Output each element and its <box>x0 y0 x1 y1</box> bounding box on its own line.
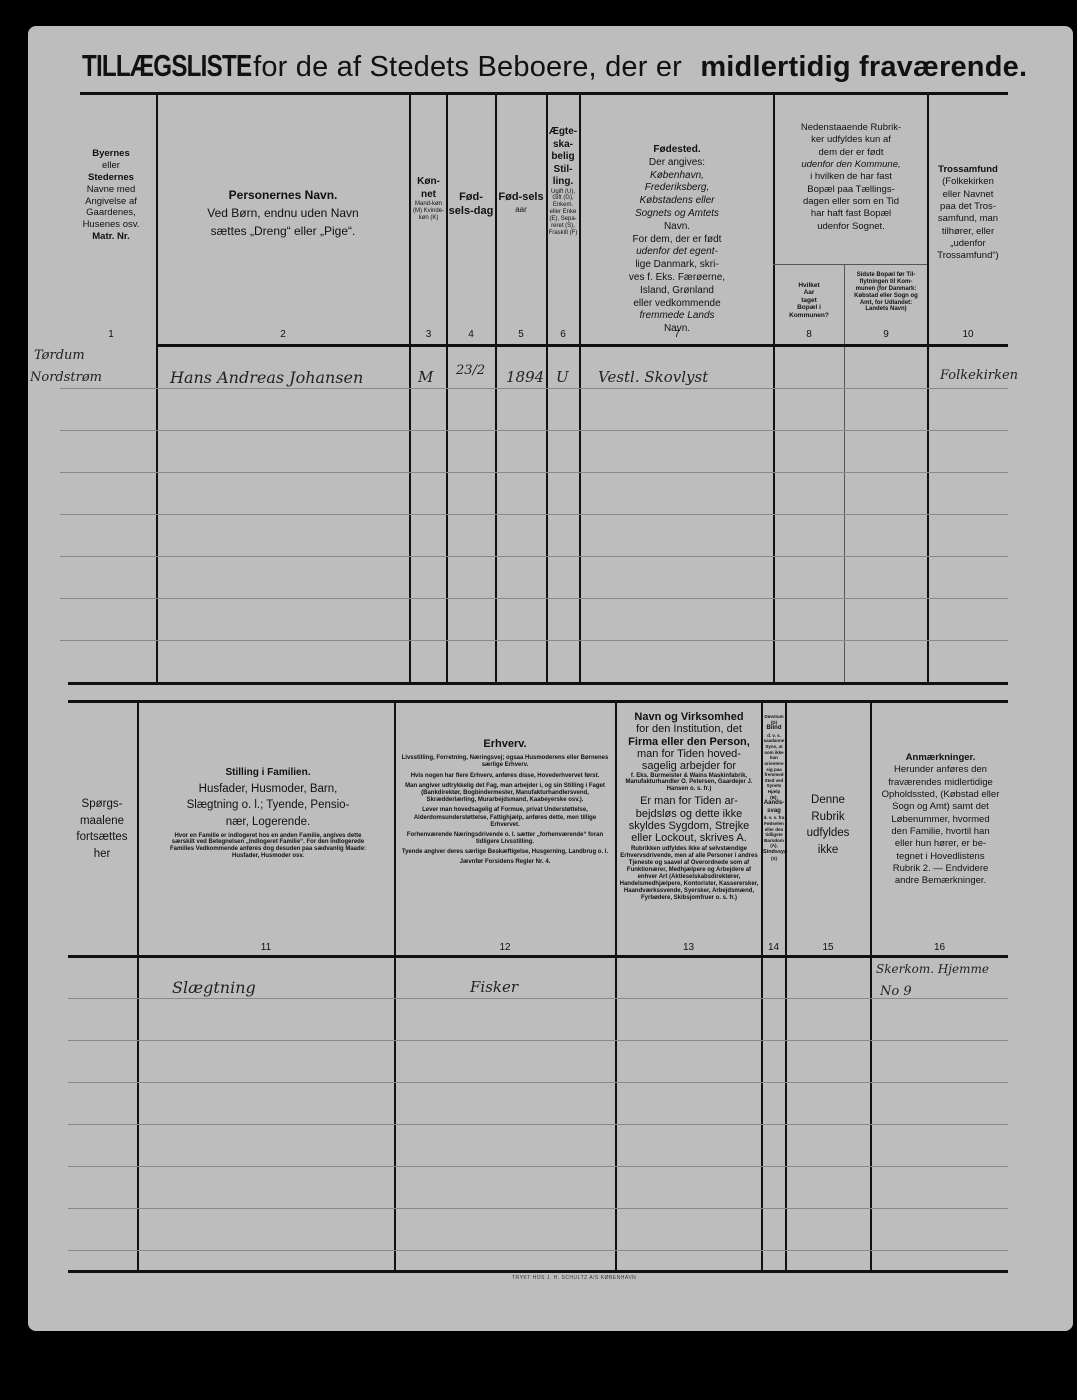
side-label-line: her <box>68 846 136 863</box>
col-number: 9 <box>846 329 926 340</box>
col-number: 8 <box>776 329 842 340</box>
col12-header: Erhverv. Livsstilling, Forretning, Nærin… <box>400 738 610 867</box>
row-line <box>68 1082 1008 1083</box>
col8-line: taget <box>776 297 842 304</box>
group-line: har haft fast Bopæl <box>776 208 926 220</box>
col7-line: Købstadens eller <box>584 195 770 208</box>
divider <box>156 94 158 684</box>
col11-line: nær, Logerende. <box>148 814 388 831</box>
col9-line: Købstad eller Sogn og <box>846 293 926 300</box>
col-number: 1 <box>68 329 154 340</box>
col1-line: Byernes <box>68 148 154 160</box>
col-number: 6 <box>548 329 578 340</box>
divider <box>446 94 448 684</box>
col7-line: For dem, der er født <box>584 234 770 247</box>
col12-heading: Erhverv. <box>400 738 610 751</box>
row-line <box>68 1166 1008 1167</box>
row-line <box>60 472 1008 473</box>
col13-line: eller Lockout, skrives A. <box>618 832 760 844</box>
col16-line: Herunder anføres den <box>873 764 1008 776</box>
col13-line: bejdsløs og dette ikke <box>618 808 760 820</box>
entry-marital-status: U <box>556 368 569 386</box>
col14-line: Blind <box>763 725 785 733</box>
entry-sex: M <box>418 368 433 386</box>
divider <box>409 94 411 684</box>
side-label-line: Spørgs- <box>68 796 136 813</box>
col11-note: Hvor en Familie er indlogeret hos en and… <box>148 831 388 861</box>
form-title: TILLÆGSLISTEfor de af Stedets Beboere, d… <box>82 48 1042 88</box>
entry-place-line2: Nordstrøm <box>30 370 102 385</box>
form-title-main: TILLÆGSLISTE <box>82 48 251 84</box>
col9-header: Sidste Bopæl før Til- flytningen til Kom… <box>846 272 926 313</box>
col10-line: „udenfor <box>929 238 1007 250</box>
col10-line: eller Navnet <box>929 189 1007 201</box>
col10-line: samfund, man <box>929 213 1007 225</box>
col14-line: (S) <box>763 856 785 862</box>
col6-heading: Ægte-ska-belig Stil-ling. <box>548 126 578 189</box>
col7-line: København, <box>584 170 770 183</box>
col7-line: Frederiksberg, <box>584 182 770 195</box>
col3-sub: Mand-køn (M) Kvinde-køn (K) <box>412 201 445 222</box>
entry-place-line1: Tørdum <box>34 348 85 363</box>
col5-header: Fød-sels aar <box>498 191 544 214</box>
col13-line: Er man for Tiden ar- <box>618 795 760 807</box>
title-rule <box>80 92 1008 95</box>
col-number: 15 <box>786 942 870 953</box>
col13-example: f. Eks. Burmeister & Wains Maskinfabrik,… <box>618 773 760 794</box>
entry-name: Hans Andreas Johansen <box>170 368 363 387</box>
side-label-line: maalene <box>68 813 136 830</box>
group-line: dagen eller som en Tid <box>776 196 926 208</box>
col12-paragraph: Jævnfør Forsidens Regler Nr. 4. <box>400 859 610 866</box>
col11-heading: Stilling i Familien. <box>148 766 388 781</box>
col8-9-group-header: Nedenstaaende Rubrik- ker udfyldes kun a… <box>776 122 926 233</box>
col10-line: Trossamfund“) <box>929 250 1007 262</box>
col16-header: Anmærkninger. Herunder anføres den fravæ… <box>873 752 1008 888</box>
col1-line: Stedernes <box>68 172 154 184</box>
col-number: 10 <box>929 329 1007 340</box>
col16-line: fraværendes midlertidige <box>873 777 1008 789</box>
row-line <box>60 430 1008 431</box>
col1-line: Angivelse af <box>68 196 154 208</box>
group-line: udenfor Sognet. <box>776 221 926 233</box>
col9-line: Landets Navn) <box>846 306 926 313</box>
col14-header: Døvstum (D) Blind d. v. s. saadanne Syns… <box>763 714 785 862</box>
col7-line: Island, Grønland <box>584 285 770 298</box>
col12-paragraph: Forhenværende Næringsdrivende o. l. sætt… <box>400 832 610 846</box>
divider <box>785 702 787 1272</box>
row-line <box>60 514 1008 515</box>
col1-header: Byernes eller Stedernes Navne med Angive… <box>68 148 154 243</box>
col16-heading: Anmærkninger. <box>873 752 1008 764</box>
col12-paragraph: Tyende angiver deres særlige Beskæftigel… <box>400 849 610 856</box>
col15-line: Denne <box>788 792 868 809</box>
bottom-rule <box>68 1270 1008 1273</box>
col14-line: tidligste <box>763 832 785 838</box>
divider <box>615 702 617 1272</box>
printer-imprint: TRYKT HOS J. H. SCHULTZ A/S KØBENHAVN <box>512 1275 636 1281</box>
form-title-middle: for de af Stedets Beboere, der er <box>253 51 682 84</box>
col13-line: skyldes Sygdom, Strejke <box>618 820 760 832</box>
col9-line: munen (for Danmark: <box>846 286 926 293</box>
col14-line: kan orientere <box>763 755 785 766</box>
col2-sub: Ved Børn, endnu uden Navn <box>158 204 408 222</box>
col7-header: Fødested. Der angives: København, Freder… <box>584 144 770 336</box>
census-form-page: TILLÆGSLISTEfor de af Stedets Beboere, d… <box>28 26 1073 1331</box>
col7-heading: Fødested. <box>584 144 770 157</box>
col12-paragraph: Man angiver udtrykkelig det Fag, man arb… <box>400 783 610 805</box>
col12-paragraph: Livsstilling, Forretning, Næringsvej; og… <box>400 755 610 769</box>
col16-line: den Familie, hvortil han <box>873 826 1008 838</box>
col8-line: Bopæl i <box>776 304 842 311</box>
col14-line: Døvstum <box>763 714 785 720</box>
col12-paragraph: Hvis nogen har flere Erhverv, anføres di… <box>400 773 610 780</box>
col-number: 3 <box>412 329 445 340</box>
row-line <box>60 556 1008 557</box>
col14-line: fremmed <box>763 772 785 778</box>
divider <box>137 702 139 1272</box>
entry-religion: Folkekirken <box>940 368 1018 383</box>
col-number: 2 <box>158 329 408 340</box>
col3-heading: Køn-net <box>412 176 445 201</box>
col2-header: Personernes Navn. Ved Børn, endnu uden N… <box>158 186 408 240</box>
col11-header: Stilling i Familien. Husfader, Husmoder,… <box>148 766 388 860</box>
col9-line: Amt, for Udlandet: <box>846 300 926 307</box>
col16-line: Sogn og Amt) samt det <box>873 801 1008 813</box>
divider <box>495 94 497 684</box>
entry-occupation: Fisker <box>470 978 518 996</box>
col16-line: andre Bemærkninger. <box>873 875 1008 887</box>
col1-line: Gaardenes, <box>68 207 154 219</box>
section-rule <box>68 700 1008 703</box>
row-line <box>68 1040 1008 1041</box>
col14-line: d. v. s. saadanne <box>763 733 785 744</box>
col13-note: Rubrikken udfyldes ikke af selvstændige … <box>618 846 760 901</box>
col14-line: Sindssyg <box>763 849 785 856</box>
entry-remarks-line1: Skerkom. Hjemme <box>876 962 989 976</box>
group-line: Bopæl paa Tællings- <box>776 184 926 196</box>
col6-sub: Ugift (U), Gift (G), Enkem. eller Enke (… <box>548 189 578 237</box>
col16-line: eller hun hører, er be- <box>873 838 1008 850</box>
side-label: Spørgs- maalene fortsættes her <box>68 796 136 863</box>
col2-sub: sættes „Dreng“ eller „Pige“. <box>158 222 408 240</box>
group-line: i hvilken de har fast <box>776 171 926 183</box>
col4-heading: Fød-sels-dag <box>448 191 494 219</box>
section-rule <box>68 682 1008 685</box>
col10-heading: Trossamfund <box>929 164 1007 176</box>
divider <box>870 702 872 1272</box>
col-number: 12 <box>395 942 615 953</box>
col-number: 4 <box>448 329 494 340</box>
divider <box>579 94 581 684</box>
col13-line: man for Tiden hoved- <box>618 748 760 760</box>
divider <box>773 264 927 265</box>
col16-line: Opholdssted, (Købstad eller <box>873 789 1008 801</box>
col16-line: Rubrik 2. — Endvidere <box>873 863 1008 875</box>
entry-family-position: Slægtning <box>172 978 256 997</box>
col7-line: lige Danmark, skri- <box>584 259 770 272</box>
col6-header: Ægte-ska-belig Stil-ling. Ugift (U), Gif… <box>548 126 578 237</box>
col8-header: Hvilket Aar taget Bopæl i Kommunen? <box>776 282 842 319</box>
group-line: udenfor den Kommune, <box>776 159 926 171</box>
col10-header: Trossamfund (Folkekirken eller Navnet pa… <box>929 164 1007 263</box>
col16-line: Løbenummer, hvormed <box>873 814 1008 826</box>
group-line: ker udfyldes kun af <box>776 134 926 146</box>
divider <box>773 94 775 684</box>
col3-header: Køn-net Mand-køn (M) Kvinde-køn (K) <box>412 176 445 222</box>
header-rule <box>156 344 1008 347</box>
row-line <box>68 998 1008 999</box>
col-number: 7 <box>584 329 770 340</box>
row-line <box>68 1124 1008 1125</box>
row-line <box>68 1250 1008 1251</box>
entry-birth-year: 1894 <box>506 368 544 386</box>
col15-header: Denne Rubrik udfyldes ikke <box>788 792 868 859</box>
col7-line: Der angives: <box>584 157 770 170</box>
row-line <box>60 598 1008 599</box>
col15-line: udfyldes <box>788 825 868 842</box>
entry-birth-day: 23/2 <box>456 363 485 378</box>
col-number: 5 <box>498 329 544 340</box>
col1-line: eller <box>68 160 154 172</box>
col13-line: sagelig arbejder for <box>618 760 760 772</box>
col9-line: flytningen til Kom- <box>846 279 926 286</box>
col-number: 13 <box>616 942 761 953</box>
group-line: Nedenstaaende Rubrik- <box>776 122 926 134</box>
divider <box>394 702 396 1272</box>
col-number: 11 <box>138 942 394 953</box>
entry-remarks-line2: No 9 <box>880 984 912 999</box>
col13-line: Firma eller den Person, <box>618 736 760 748</box>
col11-line: Husfader, Husmoder, Barn, <box>148 781 388 798</box>
col7-line: Sognets og Amtets <box>584 208 770 221</box>
group-line: dem der er født <box>776 147 926 159</box>
col1-line: Matr. Nr. <box>68 231 154 243</box>
col8-line: Aar <box>776 289 842 296</box>
col7-line: eller vedkommende <box>584 298 770 311</box>
col5-heading: Fød-sels <box>498 191 544 205</box>
row-line <box>60 640 1008 641</box>
col1-line: Navne med <box>68 184 154 196</box>
header-rule <box>68 955 1008 958</box>
col10-line: paa det Tros- <box>929 201 1007 213</box>
col16-line: tegnet i Hovedlistens <box>873 851 1008 863</box>
col2-heading: Personernes Navn. <box>158 186 408 204</box>
form-title-emphasis: midlertidig fraværende. <box>700 51 1027 84</box>
col15-line: ikke <box>788 842 868 859</box>
col13-line: for den Institution, det <box>618 723 760 735</box>
col8-line: Hvilket <box>776 282 842 289</box>
col7-line: Navn. <box>584 221 770 234</box>
col14-line: Synets Hjælp <box>763 783 785 794</box>
col11-line: Slægtning o. l.; Tyende, Pensio- <box>148 797 388 814</box>
col1-line: Husenes osv. <box>68 219 154 231</box>
col8-line: Kommunen? <box>776 312 842 319</box>
col13-line: Navn og Virksomhed <box>618 711 760 723</box>
col12-paragraph: Lever man hovedsagelig af Formue, privat… <box>400 807 610 829</box>
entry-birthplace: Vestl. Skovlyst <box>598 368 708 386</box>
col7-line: ves f. Eks. Færøerne, <box>584 272 770 285</box>
col7-line: udenfor det egent- <box>584 246 770 259</box>
col5-sub: aar <box>498 205 544 215</box>
col4-header: Fød-sels-dag <box>448 191 494 219</box>
col14-line: svag <box>763 808 785 816</box>
col14-line: Aands- <box>763 800 785 808</box>
col15-line: Rubrik <box>788 809 868 826</box>
row-line <box>68 1208 1008 1209</box>
col-number: 16 <box>871 942 1008 953</box>
col9-line: Sidste Bopæl før Til- <box>846 272 926 279</box>
col14-line: Fødselen <box>763 821 785 827</box>
col10-line: tilhører, eller <box>929 226 1007 238</box>
side-label-line: fortsættes <box>68 829 136 846</box>
col7-line: fremmede Lands <box>584 310 770 323</box>
col13-header: Navn og Virksomhed for den Institution, … <box>618 711 760 902</box>
divider <box>844 264 845 684</box>
row-line <box>60 388 1008 389</box>
col14-line: Syns, at <box>763 744 785 750</box>
col10-line: (Folkekirken <box>929 176 1007 188</box>
col-number: 14 <box>762 942 785 953</box>
